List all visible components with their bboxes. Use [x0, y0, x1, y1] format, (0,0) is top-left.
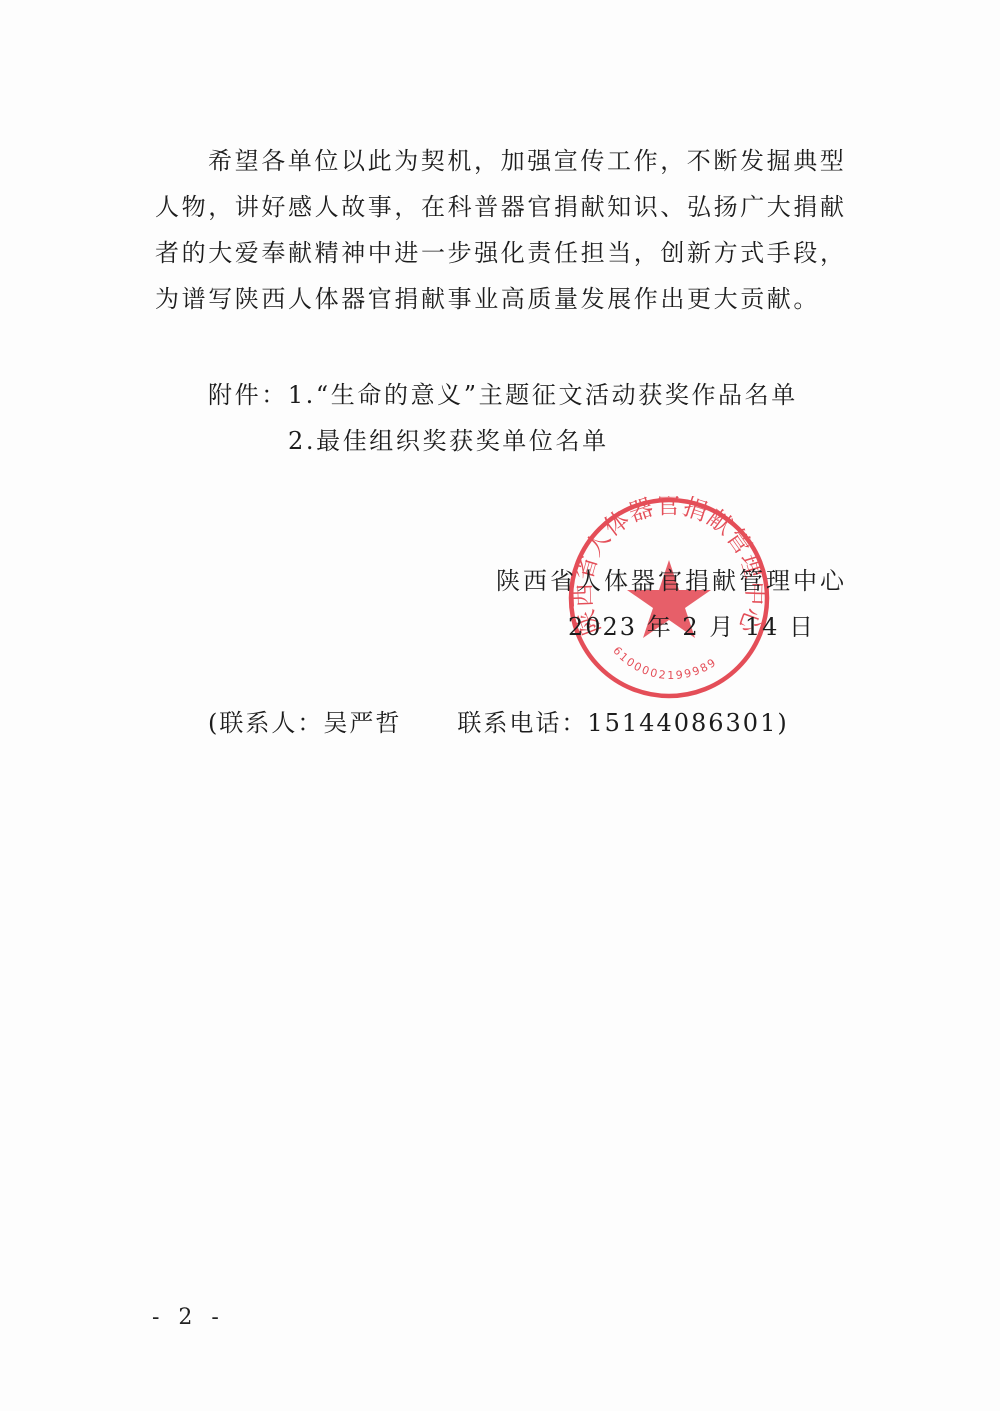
- attachment-item-1: 附件：1.“生命的意义”主题征文活动获奖作品名单: [208, 380, 798, 410]
- svg-text:6100002199989: 6100002199989: [610, 644, 719, 682]
- paragraph-line: 者的大爱奉献精神中进一步强化责任担当，创新方式手段，: [155, 238, 847, 268]
- attachment-text: 1.“生命的意义”主题征文活动获奖作品名单: [288, 381, 798, 409]
- contact-person-label: (联系人：: [208, 709, 323, 737]
- document-page: 希望各单位以此为契机，加强宣传工作，不断发掘典型 人物，讲好感人故事，在科普器官…: [0, 0, 1000, 1411]
- official-seal-stamp-icon: 陕西省人体器官捐献管理中心 6100002199989: [567, 496, 771, 700]
- page-number: - 2 -: [152, 1303, 225, 1333]
- contact-phone-label: 联系电话：: [457, 709, 587, 737]
- paragraph-line: 人物，讲好感人故事，在科普器官捐献知识、弘扬广大捐献: [155, 192, 847, 222]
- contact-info: (联系人：吴严哲联系电话：15144086301): [208, 708, 789, 738]
- issuing-organization: 陕西省人体器官捐献管理中心: [496, 566, 847, 596]
- attachments-label: 附件：: [208, 381, 288, 409]
- issue-date: 2023 年 2 月 14 日: [568, 612, 815, 642]
- paragraph-line: 为谱写陕西人体器官捐献事业高质量发展作出更大贡献。: [155, 284, 820, 314]
- contact-person-name: 吴严哲: [323, 709, 401, 737]
- paragraph-line: 希望各单位以此为契机，加强宣传工作，不断发掘典型: [208, 146, 846, 176]
- contact-phone-number: 15144086301): [587, 709, 788, 737]
- attachment-item-2: 2.最佳组织奖获奖单位名单: [288, 426, 609, 456]
